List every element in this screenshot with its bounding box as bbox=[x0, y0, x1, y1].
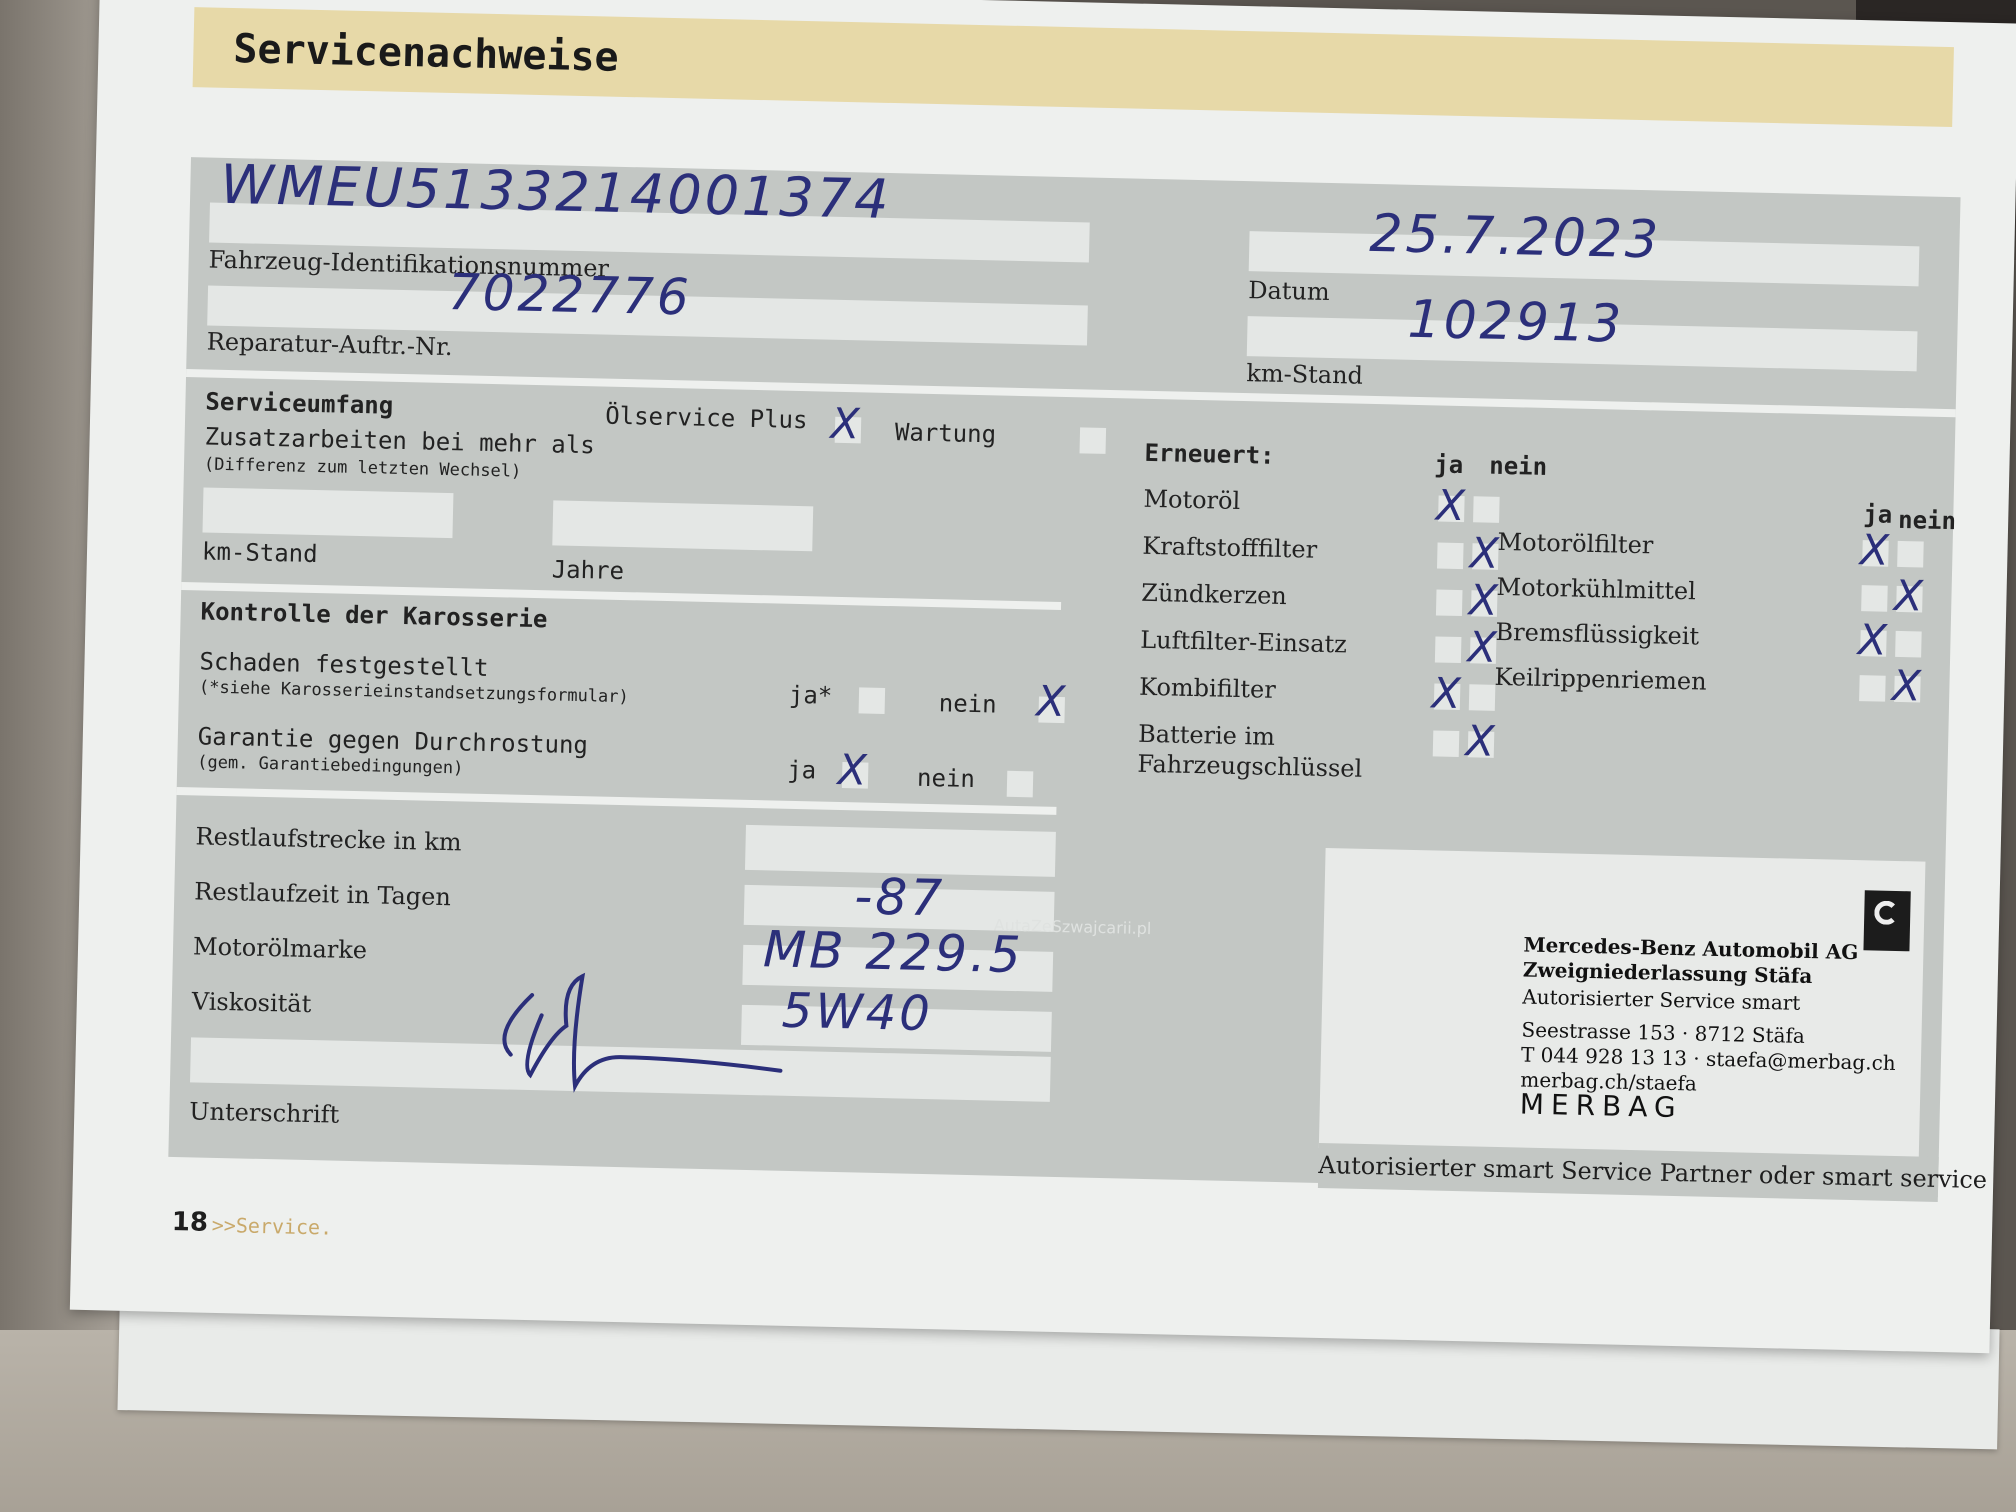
renewed-checkbox-nein[interactable] bbox=[1473, 496, 1500, 523]
extra-years-field[interactable] bbox=[552, 500, 813, 551]
renewed-checkbox-ja[interactable] bbox=[1435, 636, 1462, 663]
check-mark: X bbox=[1888, 576, 1929, 617]
renewed-checkbox-ja[interactable] bbox=[1436, 589, 1463, 616]
watermark: AutaZeSzwajcarii.pl bbox=[994, 916, 1152, 939]
maintenance-label: Wartung bbox=[895, 418, 997, 448]
divider bbox=[186, 369, 1956, 417]
renewed-checkbox-ja[interactable] bbox=[1859, 675, 1886, 702]
date-label: Datum bbox=[1248, 276, 1330, 306]
rust-note: (gem. Garantiebedingungen) bbox=[197, 752, 463, 778]
renewed-checkbox-nein[interactable] bbox=[1897, 541, 1924, 568]
extra-years-label: Jahre bbox=[551, 555, 624, 585]
section-tag: >>Service. bbox=[212, 1213, 333, 1240]
oil-service-check-mark: X bbox=[825, 404, 866, 445]
km-value: 102913 bbox=[1407, 290, 1625, 355]
page-number: 18 bbox=[172, 1207, 209, 1238]
renewed-item-label: Bremsflüssigkeit bbox=[1495, 617, 1736, 652]
check-mark: X bbox=[1886, 666, 1927, 707]
extra-work-label: Zusatzarbeiten bei mehr als bbox=[204, 422, 595, 459]
extra-km-field[interactable] bbox=[202, 487, 453, 538]
renewed-item-label: Kombifilter bbox=[1139, 672, 1380, 707]
partner-text: Autorisierter smart Service Partner oder… bbox=[1318, 1151, 1987, 1194]
check-mark: X bbox=[1430, 485, 1471, 526]
renewed-title: Erneuert: bbox=[1144, 439, 1275, 470]
dealer-stamp: Mercedes-Benz Automobil AG Zweigniederla… bbox=[1319, 848, 1926, 1162]
rust-yes-check-mark: X bbox=[832, 750, 873, 791]
check-mark: X bbox=[1426, 673, 1467, 714]
service-booklet-page: Servicenachweise WMEU5133214001374 Fahrz… bbox=[70, 0, 2016, 1353]
renewed-checkbox-ja[interactable] bbox=[1861, 585, 1888, 612]
oil-service-label: Ölservice Plus bbox=[605, 402, 808, 435]
service-scope-title: Serviceumfang bbox=[205, 388, 393, 420]
smart-logo-icon bbox=[1863, 890, 1910, 951]
extra-km-label: km-Stand bbox=[202, 537, 318, 568]
renewed-checkbox-ja[interactable] bbox=[1433, 730, 1460, 757]
rust-no-checkbox[interactable] bbox=[1007, 771, 1034, 798]
merbag-logo: MERBAG bbox=[1519, 1088, 1683, 1125]
body-check-title: Kontrolle der Karosserie bbox=[200, 597, 547, 633]
renewed-yes-header: ja bbox=[1434, 450, 1464, 479]
extra-work-note: (Differenz zum letzten Wechsel) bbox=[204, 454, 522, 481]
remaining-days-label: Restlaufzeit in Tagen bbox=[194, 877, 451, 911]
renewed-item-label: Batterie im Fahrzeugschlüssel bbox=[1137, 719, 1378, 784]
renewed-item-label: Keilrippenriemen bbox=[1494, 662, 1735, 697]
km-label: km-Stand bbox=[1246, 359, 1363, 390]
page-title: Servicenachweise bbox=[233, 26, 619, 81]
service-form: WMEU5133214001374 Fahrzeug-Identifikatio… bbox=[168, 157, 1960, 1197]
rust-no-label: nein bbox=[917, 764, 975, 793]
viscosity-value: 5W40 bbox=[781, 983, 933, 1042]
title-band: Servicenachweise bbox=[193, 7, 1954, 127]
check-mark: X bbox=[1854, 530, 1895, 571]
renewed-item-label: Motorölfilter bbox=[1497, 527, 1738, 562]
damage-yes-checkbox[interactable] bbox=[859, 687, 886, 714]
renewed-checkbox-nein[interactable] bbox=[1469, 684, 1496, 711]
renewed-item-label: Motorkühlmittel bbox=[1496, 572, 1737, 607]
damage-note: (*siehe Karosserieinstandsetzungsformula… bbox=[199, 677, 629, 707]
signature-scribble bbox=[470, 954, 793, 1111]
check-mark: X bbox=[1460, 721, 1501, 762]
renewed-checkbox-ja[interactable] bbox=[1437, 542, 1464, 569]
damage-yes-label: ja* bbox=[789, 681, 833, 710]
dealer-service-line: Autorisierter Service smart bbox=[1522, 985, 1801, 1015]
renewed-item-label: Kraftstofffilter bbox=[1142, 531, 1383, 566]
damage-no-check-mark: X bbox=[1030, 681, 1071, 722]
rust-yes-label: ja bbox=[787, 756, 817, 785]
signature-label: Unterschrift bbox=[189, 1097, 340, 1128]
renewed-no-header: nein bbox=[1489, 452, 1547, 481]
order-value: 7022776 bbox=[447, 263, 692, 327]
damage-label: Schaden festgestellt bbox=[199, 647, 489, 682]
viscosity-label: Viskosität bbox=[192, 987, 312, 1018]
oil-brand-label: Motorölmarke bbox=[193, 932, 368, 964]
oil-brand-value: MB 229.5 bbox=[763, 920, 1025, 984]
renewed-item-label: Motoröl bbox=[1143, 484, 1384, 519]
renewed-item-label: Zündkerzen bbox=[1141, 578, 1382, 613]
renewed-right-no-header: nein bbox=[1898, 506, 1956, 535]
remaining-distance-label: Restlaufstrecke in km bbox=[195, 822, 462, 856]
maintenance-checkbox[interactable] bbox=[1080, 427, 1107, 454]
remaining-days-value: -87 bbox=[854, 867, 946, 927]
renewed-checkbox-nein[interactable] bbox=[1895, 631, 1922, 658]
order-label: Reparatur-Auftr.-Nr. bbox=[207, 328, 453, 362]
damage-no-label: nein bbox=[938, 689, 996, 718]
check-mark: X bbox=[1852, 620, 1893, 661]
date-value: 25.7.2023 bbox=[1369, 204, 1662, 271]
renewed-item-label: Luftfilter-Einsatz bbox=[1140, 625, 1381, 660]
